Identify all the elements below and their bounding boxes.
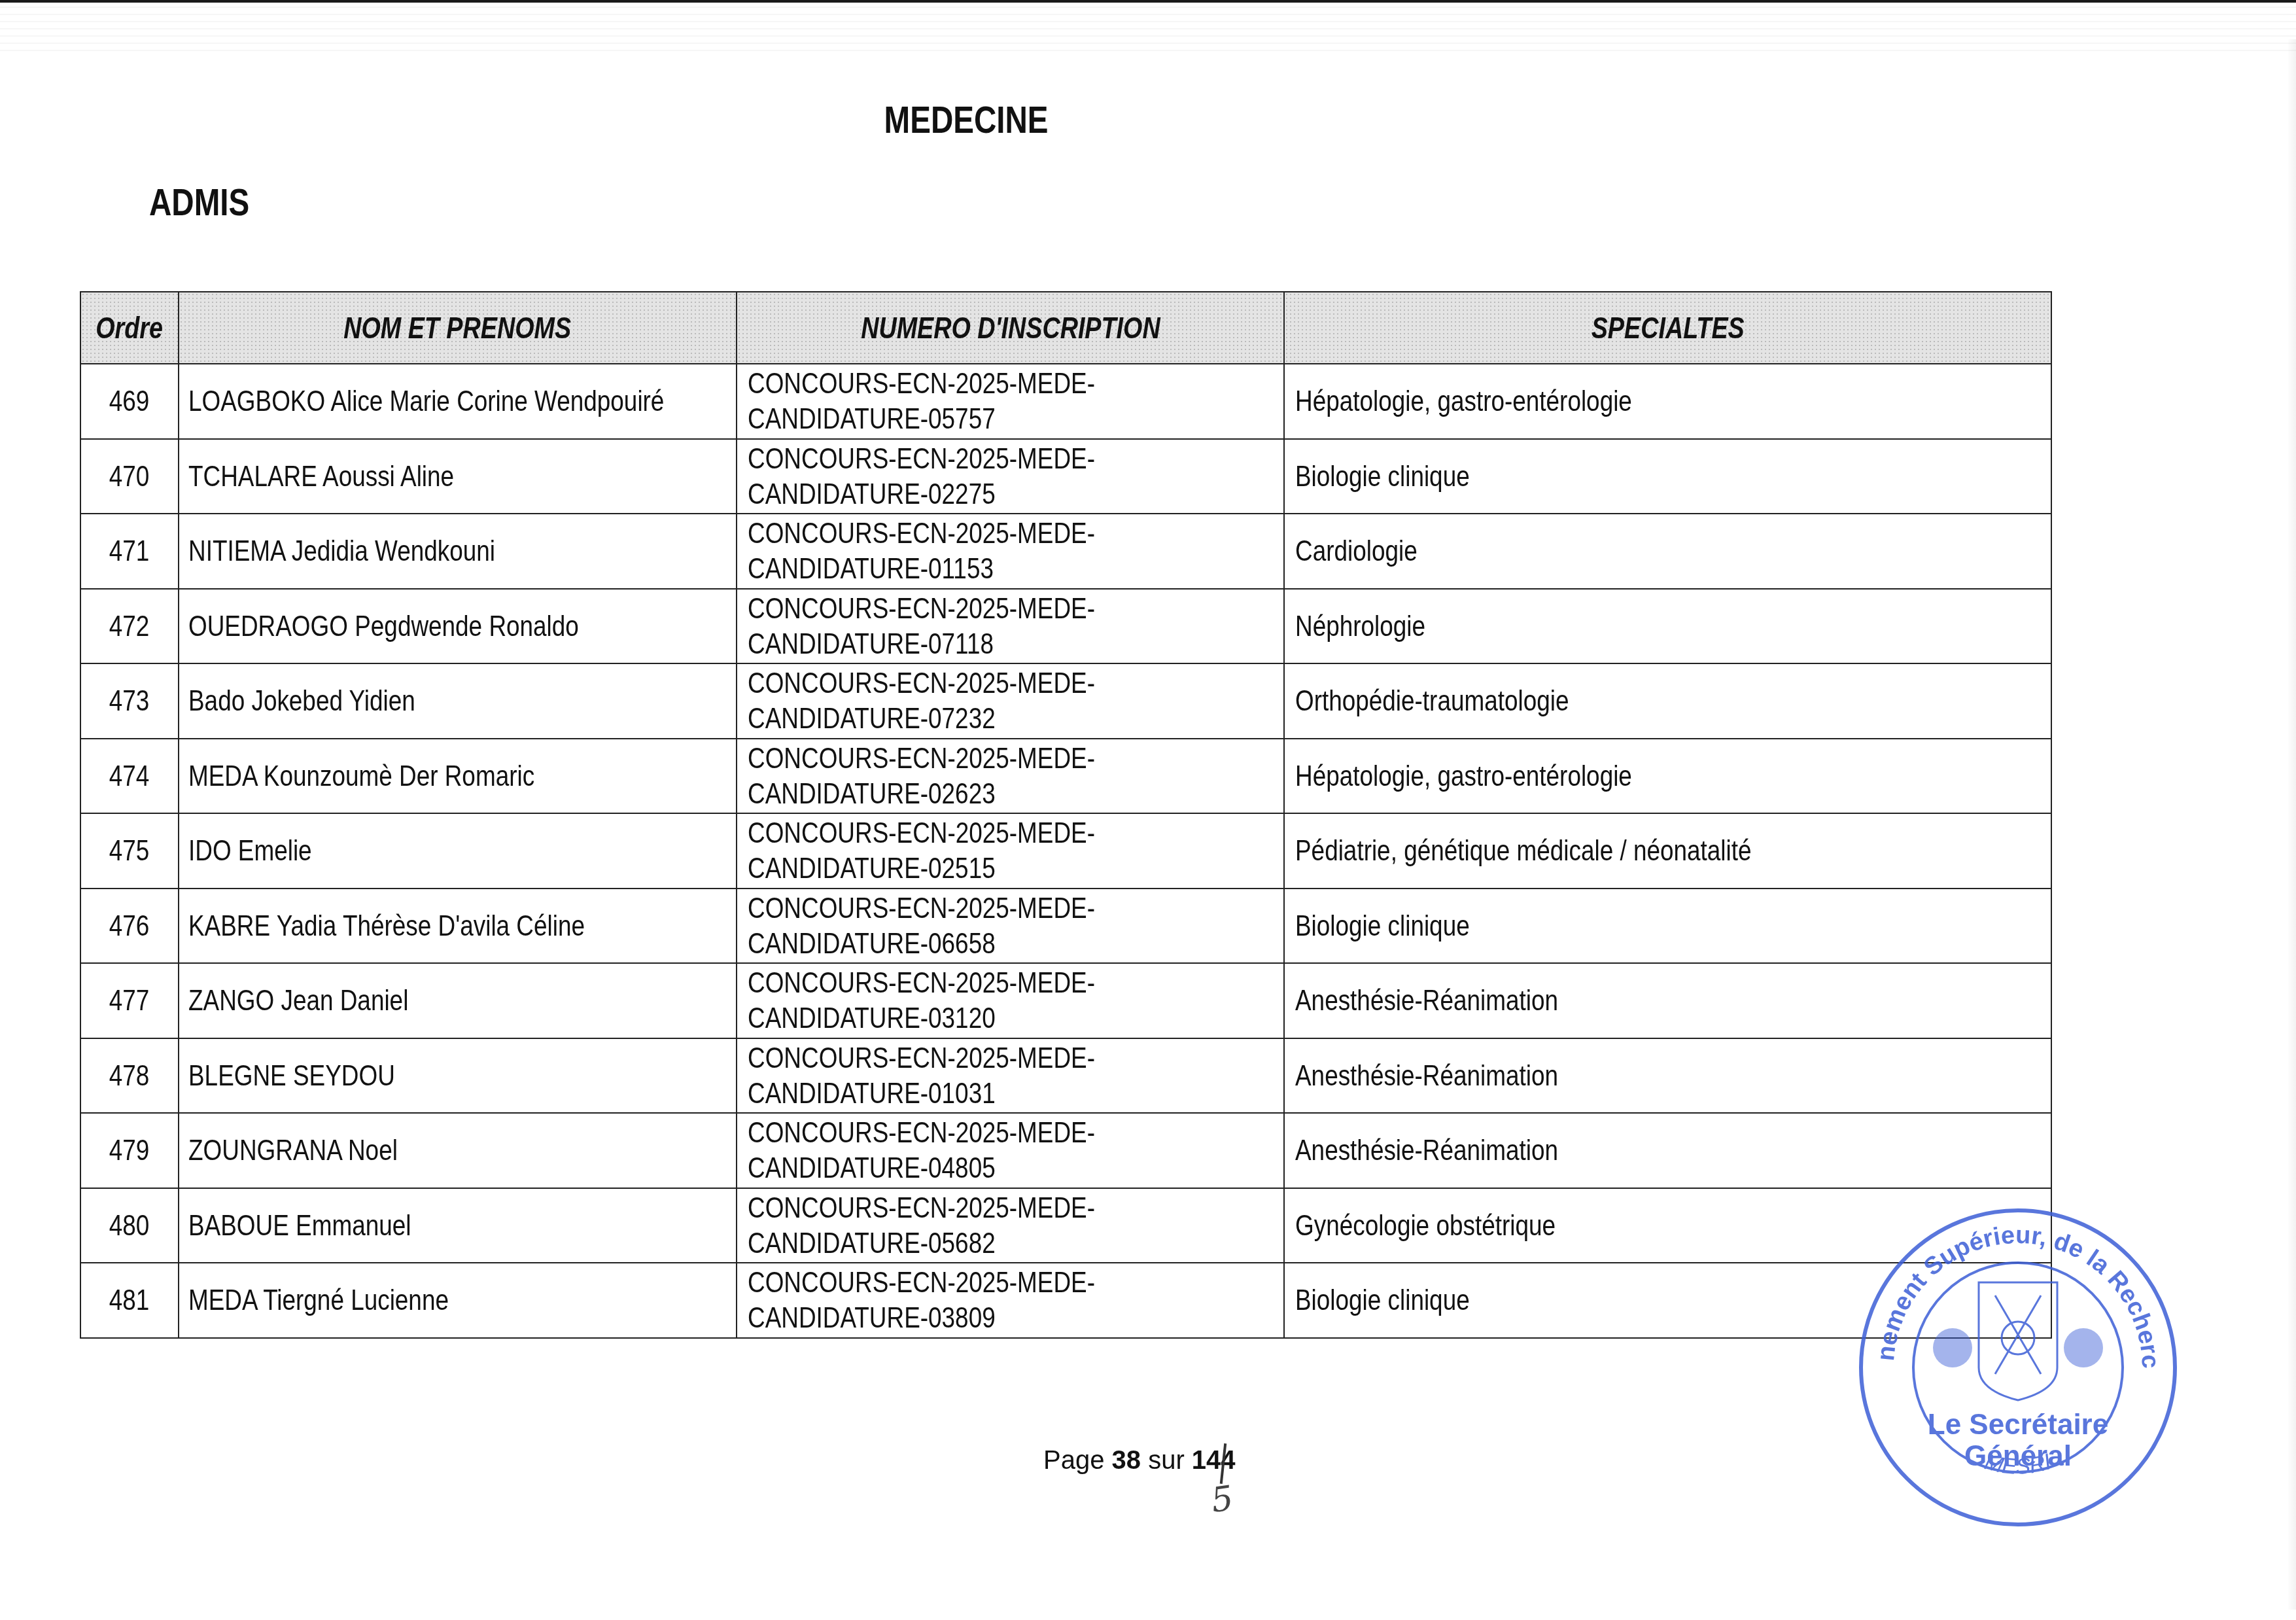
- cell-nom: LOAGBOKO Alice Marie Corine Wendpouiré: [179, 364, 737, 439]
- svg-text:Ministère de l'Enseignement Su: Ministère de l'Enseignement Supérieur, d…: [1854, 1204, 2164, 1369]
- cell-ordre: 479: [80, 1113, 179, 1188]
- cell-specialite: Hépatologie, gastro-entérologie: [1284, 364, 2051, 439]
- cell-nom: BLEGNE SEYDOU: [179, 1038, 737, 1114]
- cell-specialite: Cardiologie: [1284, 514, 2051, 589]
- cell-ordre: 469: [80, 364, 179, 439]
- table-row: 472OUEDRAOGO Pegdwende RonaldoCONCOURS-E…: [80, 589, 2051, 664]
- cell-numero: CONCOURS-ECN-2025-MEDE-CANDIDATURE-07118: [737, 589, 1284, 664]
- stamp-center-line2: Général: [1964, 1440, 2072, 1472]
- cell-ordre: 475: [80, 813, 179, 889]
- page-prefix: Page: [1043, 1446, 1112, 1475]
- cell-nom: TCHALARE Aoussi Aline: [179, 439, 737, 514]
- scan-edge: [0, 0, 2296, 3]
- cell-numero: CONCOURS-ECN-2025-MEDE-CANDIDATURE-06658: [737, 889, 1284, 964]
- cell-nom: BABOUE Emmanuel: [179, 1188, 737, 1263]
- cell-nom: MEDA Tiergné Lucienne: [179, 1263, 737, 1338]
- cell-ordre: 476: [80, 889, 179, 964]
- table-row: 471NITIEMA Jedidia WendkouniCONCOURS-ECN…: [80, 514, 2051, 589]
- cell-nom: ZANGO Jean Daniel: [179, 963, 737, 1038]
- cell-specialite: Pédiatrie, génétique médicale / néonatal…: [1284, 813, 2051, 889]
- cell-numero: CONCOURS-ECN-2025-MEDE-CANDIDATURE-05682: [737, 1188, 1284, 1263]
- page-middle: sur: [1141, 1446, 1192, 1475]
- table-row: 470TCHALARE Aoussi AlineCONCOURS-ECN-202…: [80, 439, 2051, 514]
- cell-nom: NITIEMA Jedidia Wendkouni: [179, 514, 737, 589]
- cell-nom: OUEDRAOGO Pegdwende Ronaldo: [179, 589, 737, 664]
- cell-specialite: Anesthésie-Réanimation: [1284, 1113, 2051, 1188]
- header-ordre: Ordre: [80, 292, 179, 364]
- cell-numero: CONCOURS-ECN-2025-MEDE-CANDIDATURE-01031: [737, 1038, 1284, 1114]
- table-body: 469LOAGBOKO Alice Marie Corine Wendpouir…: [80, 364, 2051, 1338]
- cell-specialite: Biologie clinique: [1284, 439, 2051, 514]
- page-current: 38: [1112, 1446, 1141, 1475]
- stamp-center-line1: Le Secrétaire: [1928, 1409, 2108, 1441]
- cell-specialite: Hépatologie, gastro-entérologie: [1284, 739, 2051, 814]
- cell-ordre: 477: [80, 963, 179, 1038]
- table-row: 480BABOUE EmmanuelCONCOURS-ECN-2025-MEDE…: [80, 1188, 2051, 1263]
- cell-numero: CONCOURS-ECN-2025-MEDE-CANDIDATURE-03120: [737, 963, 1284, 1038]
- header-nom: NOM ET PRENOMS: [179, 292, 737, 364]
- header-numero: NUMERO D'INSCRIPTION: [737, 292, 1284, 364]
- cell-specialite: Anesthésie-Réanimation: [1284, 963, 2051, 1038]
- table-row: 478BLEGNE SEYDOUCONCOURS-ECN-2025-MEDE-C…: [80, 1038, 2051, 1114]
- table-row: 476KABRE Yadia Thérèse D'avila CélineCON…: [80, 889, 2051, 964]
- table-row: 474MEDA Kounzoumè Der RomaricCONCOURS-EC…: [80, 739, 2051, 814]
- cell-numero: CONCOURS-ECN-2025-MEDE-CANDIDATURE-01153: [737, 514, 1284, 589]
- page-total: 144: [1192, 1446, 1236, 1475]
- table-header-row: Ordre NOM ET PRENOMS NUMERO D'INSCRIPTIO…: [80, 292, 2051, 364]
- cell-nom: ZOUNGRANA Noel: [179, 1113, 737, 1188]
- page-number: Page 38 sur 144: [1043, 1446, 1236, 1475]
- table-row: 481MEDA Tiergné LucienneCONCOURS-ECN-202…: [80, 1263, 2051, 1338]
- cell-ordre: 478: [80, 1038, 179, 1114]
- cell-ordre: 481: [80, 1263, 179, 1338]
- cell-ordre: 474: [80, 739, 179, 814]
- cell-numero: CONCOURS-ECN-2025-MEDE-CANDIDATURE-02515: [737, 813, 1284, 889]
- cell-numero: CONCOURS-ECN-2025-MEDE-CANDIDATURE-03809: [737, 1263, 1284, 1338]
- official-stamp-icon: Ministère de l'Enseignement Supérieur, d…: [1854, 1204, 2182, 1531]
- cell-numero: CONCOURS-ECN-2025-MEDE-CANDIDATURE-07232: [737, 663, 1284, 739]
- stamp-outer-text: Ministère de l'Enseignement Supérieur, d…: [1854, 1204, 2164, 1369]
- cell-specialite: Anesthésie-Réanimation: [1284, 1038, 2051, 1114]
- cell-specialite: Biologie clinique: [1284, 889, 2051, 964]
- scan-edge-right: [2287, 39, 2296, 1610]
- cell-ordre: 480: [80, 1188, 179, 1263]
- cell-nom: KABRE Yadia Thérèse D'avila Céline: [179, 889, 737, 964]
- cell-numero: CONCOURS-ECN-2025-MEDE-CANDIDATURE-02275: [737, 439, 1284, 514]
- cell-specialite: Orthopédie-traumatologie: [1284, 663, 2051, 739]
- cell-nom: IDO Emelie: [179, 813, 737, 889]
- cell-ordre: 472: [80, 589, 179, 664]
- cell-numero: CONCOURS-ECN-2025-MEDE-CANDIDATURE-04805: [737, 1113, 1284, 1188]
- cell-ordre: 470: [80, 439, 179, 514]
- cell-numero: CONCOURS-ECN-2025-MEDE-CANDIDATURE-05757: [737, 364, 1284, 439]
- table-row: 473Bado Jokebed YidienCONCOURS-ECN-2025-…: [80, 663, 2051, 739]
- handwritten-correction: 5: [1209, 1479, 1236, 1521]
- document-title: MEDECINE: [850, 98, 1083, 142]
- table-row: 477ZANGO Jean DanielCONCOURS-ECN-2025-ME…: [80, 963, 2051, 1038]
- section-heading-text: ADMIS: [149, 181, 249, 224]
- cell-ordre: 471: [80, 514, 179, 589]
- scan-artifact: [0, 7, 2296, 52]
- document-title-text: MEDECINE: [884, 98, 1049, 142]
- cell-ordre: 473: [80, 663, 179, 739]
- cell-specialite: Néphrologie: [1284, 589, 2051, 664]
- table-row: 475IDO EmelieCONCOURS-ECN-2025-MEDE-CAND…: [80, 813, 2051, 889]
- cell-numero: CONCOURS-ECN-2025-MEDE-CANDIDATURE-02623: [737, 739, 1284, 814]
- header-specialite: SPECIALTES: [1284, 292, 2051, 364]
- table-row: 479ZOUNGRANA NoelCONCOURS-ECN-2025-MEDE-…: [80, 1113, 2051, 1188]
- admitted-candidates-table: Ordre NOM ET PRENOMS NUMERO D'INSCRIPTIO…: [80, 291, 2052, 1339]
- section-heading: ADMIS: [149, 181, 271, 224]
- cell-nom: MEDA Kounzoumè Der Romaric: [179, 739, 737, 814]
- cell-nom: Bado Jokebed Yidien: [179, 663, 737, 739]
- table-row: 469LOAGBOKO Alice Marie Corine Wendpouir…: [80, 364, 2051, 439]
